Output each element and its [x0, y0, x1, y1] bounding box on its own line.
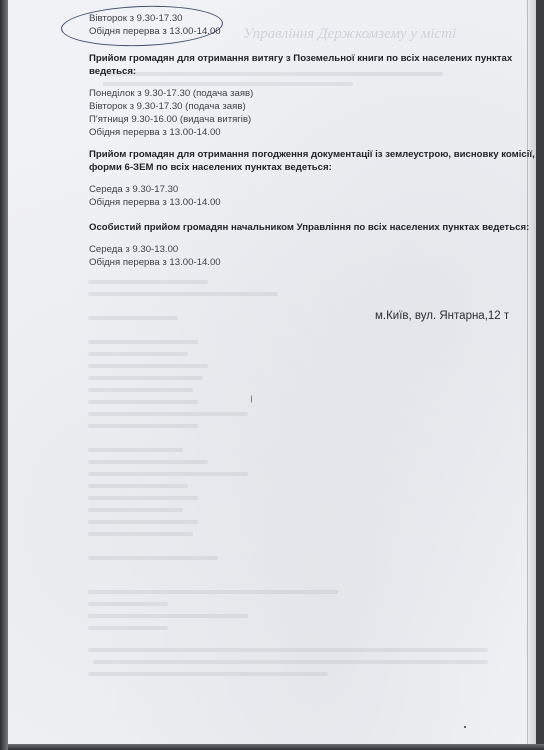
- bleed-through-line: [88, 316, 178, 320]
- bleed-through-line: [88, 376, 203, 380]
- bleed-through-line: [88, 556, 218, 560]
- bleed-through-line: [88, 672, 328, 676]
- scanned-page: Управління Держкомзему у місті Вівторок …: [8, 0, 536, 744]
- page-right-edge: [527, 0, 536, 744]
- section-heading: ведеться:: [89, 65, 136, 78]
- bleed-through-line: [88, 508, 183, 512]
- bleed-through-line: [88, 532, 193, 536]
- circled-line: Вівторок з 9.30-17.30: [89, 12, 183, 25]
- bleed-through-line: [88, 292, 278, 296]
- bleed-through-line: [88, 460, 208, 464]
- section-heading: форми 6-ЗЕМ по всіх населених пунктах ве…: [89, 161, 332, 174]
- bleed-through-line: [88, 648, 488, 652]
- bleed-through-line: [88, 340, 198, 344]
- bleed-through-line: [93, 660, 488, 664]
- bleed-through-line: [88, 484, 188, 488]
- bleed-through-title: Управління Держкомзему у місті: [243, 26, 456, 43]
- bleed-through-line: [88, 590, 338, 594]
- bleed-through-line: [88, 388, 193, 392]
- page-bottom-edge: [8, 744, 544, 750]
- section-heading: Прийом громадян для отримання погодження…: [89, 148, 535, 161]
- schedule-line: Обідня перерва з 13.00-14.00: [89, 126, 221, 139]
- bleed-through-line: [88, 520, 198, 524]
- schedule-line: Обідня перерва з 13.00-14.00: [89, 196, 221, 209]
- schedule-line: Понеділок з 9.30-17.30 (подача заяв): [89, 87, 253, 100]
- section-heading: Особистий прийом громадян начальником Уп…: [89, 221, 529, 234]
- bleed-through-line: [88, 424, 198, 428]
- bleed-through-line: [88, 412, 248, 416]
- bleed-through-line: [88, 364, 208, 368]
- scan-speck: [464, 726, 466, 728]
- bleed-through-line: [88, 280, 208, 284]
- bleed-through-line: [88, 400, 198, 404]
- section-heading: Прийом громадян для отримання витягу з П…: [89, 52, 512, 65]
- bleed-through-line: [103, 72, 443, 76]
- bleed-through-line: [88, 496, 198, 500]
- schedule-line: Вівторок з 9.30-17.30 (подача заяв): [89, 100, 246, 113]
- handwritten-address: м.Київ, вул. Янтарна,12 т: [375, 310, 509, 322]
- bleed-through-line: [103, 82, 353, 86]
- bleed-through-line: [88, 614, 248, 618]
- scan-speck: [251, 395, 252, 403]
- bleed-through-line: [88, 448, 183, 452]
- schedule-line: Середа з 9.30-13.00: [89, 243, 178, 256]
- bleed-through-line: [88, 602, 168, 606]
- circled-line: Обідня перерва з 13.00-14.00: [89, 25, 221, 38]
- bleed-through-line: [88, 472, 248, 476]
- bleed-through-line: [88, 626, 168, 630]
- bleed-through-line: [88, 352, 188, 356]
- schedule-line: П'ятниця 9.30-16.00 (видача витягів): [89, 113, 251, 126]
- schedule-line: Обідня перерва з 13.00-14.00: [89, 256, 221, 269]
- schedule-line: Середа з 9.30-17.30: [89, 183, 178, 196]
